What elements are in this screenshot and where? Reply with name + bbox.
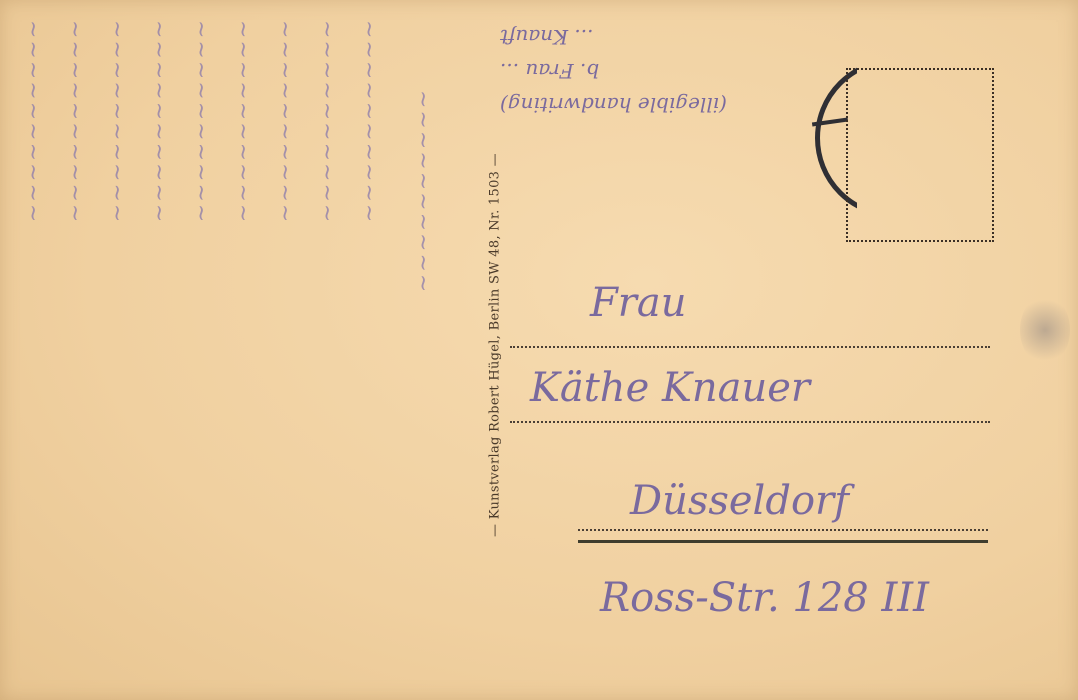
address-line-2: Käthe Knauer <box>530 365 810 411</box>
sender-note-line: b. Frau ... <box>500 54 780 88</box>
message-column: ~~~~~~~~~~ <box>230 20 255 224</box>
message-column: ~~~~~~~~~~ <box>356 20 381 224</box>
address-line-1: Frau <box>590 280 686 326</box>
sender-note-line: ... Knauft <box>500 20 780 54</box>
publisher-imprint: — Kunstverlag Robert Hügel, Berlin SW 48… <box>488 153 503 537</box>
sender-note-upside-down: (illegible handwriting) b. Frau ... ... … <box>500 20 780 122</box>
message-column: ~~~~~~~~~~ <box>272 20 297 224</box>
address-underline <box>578 540 988 543</box>
address-line-4: Ross-Str. 128 III <box>600 575 929 621</box>
message-column: ~~~~~~~~~~ <box>104 20 129 224</box>
stamp-box <box>846 68 994 242</box>
address-line <box>510 421 990 423</box>
message-column: ~~~~~~~~~~ <box>314 20 339 224</box>
address-line <box>578 529 988 531</box>
message-column: ~~~~~~~~~~ <box>146 20 171 224</box>
sender-note-line: (illegible handwriting) <box>500 88 780 122</box>
message-column: ~~~~~~~~~~ <box>62 20 87 224</box>
message-column: ~~~~~~~~~~ <box>188 20 213 224</box>
message-column: ~~~~~~~~~~ <box>410 90 435 294</box>
paper-stain <box>1020 295 1070 365</box>
postcard-back: ~~~~~~~~~~ ~~~~~~~~~~ ~~~~~~~~~~ ~~~~~~~… <box>0 0 1078 700</box>
address-line-3: Düsseldorf <box>630 478 849 524</box>
address-line <box>510 346 990 348</box>
message-column: ~~~~~~~~~~ <box>20 20 45 224</box>
